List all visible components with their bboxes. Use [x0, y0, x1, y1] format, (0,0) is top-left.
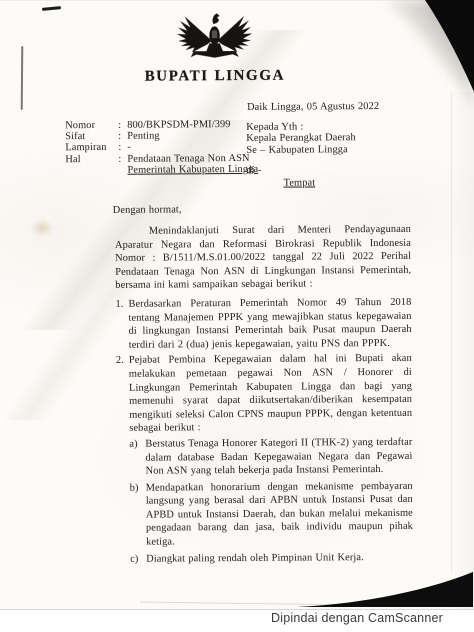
garuda-emblem-icon: [175, 11, 253, 66]
item-text: Diangkat paling rendah oleh Pimpinan Uni…: [146, 550, 413, 565]
item-marker: a): [129, 438, 145, 479]
recipient-line: Kepada Yth :: [246, 121, 356, 133]
camscanner-watermark: Dipindai dengan CamScanner: [271, 611, 443, 625]
item-text: Berdasarkan Peraturan Pemerintah Nomor 4…: [128, 296, 411, 352]
lettered-sublist: a) Berstatus Tenaga Honorer Kategori II …: [116, 436, 413, 566]
recipient-line: Se – Kabupaten Lingga: [246, 144, 356, 156]
item-marker: 2.: [116, 354, 130, 436]
lettered-item-b: b) Mendapatkan honorarium dengan mekanis…: [130, 479, 413, 549]
recipient-line: Kepala Perangkat Daerah: [246, 132, 356, 144]
lettered-item-c: c) Diangkat paling rendah oleh Pimpinan …: [130, 550, 413, 566]
salutation: Dengan hormat,: [113, 204, 182, 215]
meta-separator: :: [118, 120, 127, 131]
meta-value-line1: Pendataan Tenaga Non ASN: [127, 153, 249, 165]
meta-label: Sifat: [65, 131, 118, 143]
lettered-item-a: a) Berstatus Tenaga Honorer Kategori II …: [129, 436, 412, 479]
meta-separator: :: [118, 142, 127, 153]
numbered-item-1: 1. Berdasarkan Peraturan Pemerintah Nomo…: [115, 296, 411, 352]
letterhead: BUPATI LINGGA: [0, 10, 431, 87]
meta-label: Nomor: [65, 120, 118, 132]
meta-value: 800/BKPSDM-PMI/399: [127, 119, 258, 131]
item-marker: 1.: [115, 298, 128, 352]
numbered-item-2: 2. Pejabat Pembina Kepegawaian dalam hal…: [116, 352, 413, 436]
meta-label: Lampiran: [65, 142, 118, 154]
scanned-letter: BUPATI LINGGA Daik Lingga, 05 Agustus 20…: [0, 0, 474, 632]
opening-paragraph: Menindaklanjuti Surat dari Menteri Penda…: [115, 223, 411, 293]
meta-separator: :: [118, 131, 127, 142]
recipient-place: Tempat: [284, 177, 316, 188]
item-marker: c): [130, 552, 146, 566]
meta-label: Hal: [65, 153, 118, 176]
item-text: Pejabat Pembina Kepegawaian dalam hal in…: [129, 352, 413, 436]
recipient-di: di -: [246, 165, 261, 176]
meta-value: Pendataan Tenaga Non ASN Pemerintah Kabu…: [127, 152, 258, 175]
meta-value: -: [127, 141, 258, 153]
recipient-block: Kepada Yth : Kepala Perangkat Daerah Se …: [246, 121, 356, 156]
camscanner-wedge-icon: [296, 567, 474, 609]
letter-content: BUPATI LINGGA Daik Lingga, 05 Agustus 20…: [0, 0, 474, 611]
meta-row-hal: Hal : Pendataan Tenaga Non ASN Pemerinta…: [65, 152, 258, 176]
meta-separator: :: [118, 153, 127, 175]
letter-body: Menindaklanjuti Surat dari Menteri Penda…: [115, 223, 413, 569]
dateline: Daik Lingga, 05 Agustus 2022: [247, 101, 379, 113]
item-text: Mendapatkan honorarium dengan mekanisme …: [146, 479, 413, 549]
item-marker: b): [130, 481, 146, 549]
item-text: Berstatus Tenaga Honorer Kategori II (TH…: [145, 436, 412, 479]
letter-meta-block: Nomor : 800/BKPSDM-PMI/399 Sifat : Penti…: [65, 119, 258, 176]
letterhead-title: BUPATI LINGGA: [0, 67, 431, 87]
meta-value-line2: Pemerintah Kabupaten Lingga: [127, 164, 258, 176]
meta-value: Penting: [127, 130, 258, 142]
